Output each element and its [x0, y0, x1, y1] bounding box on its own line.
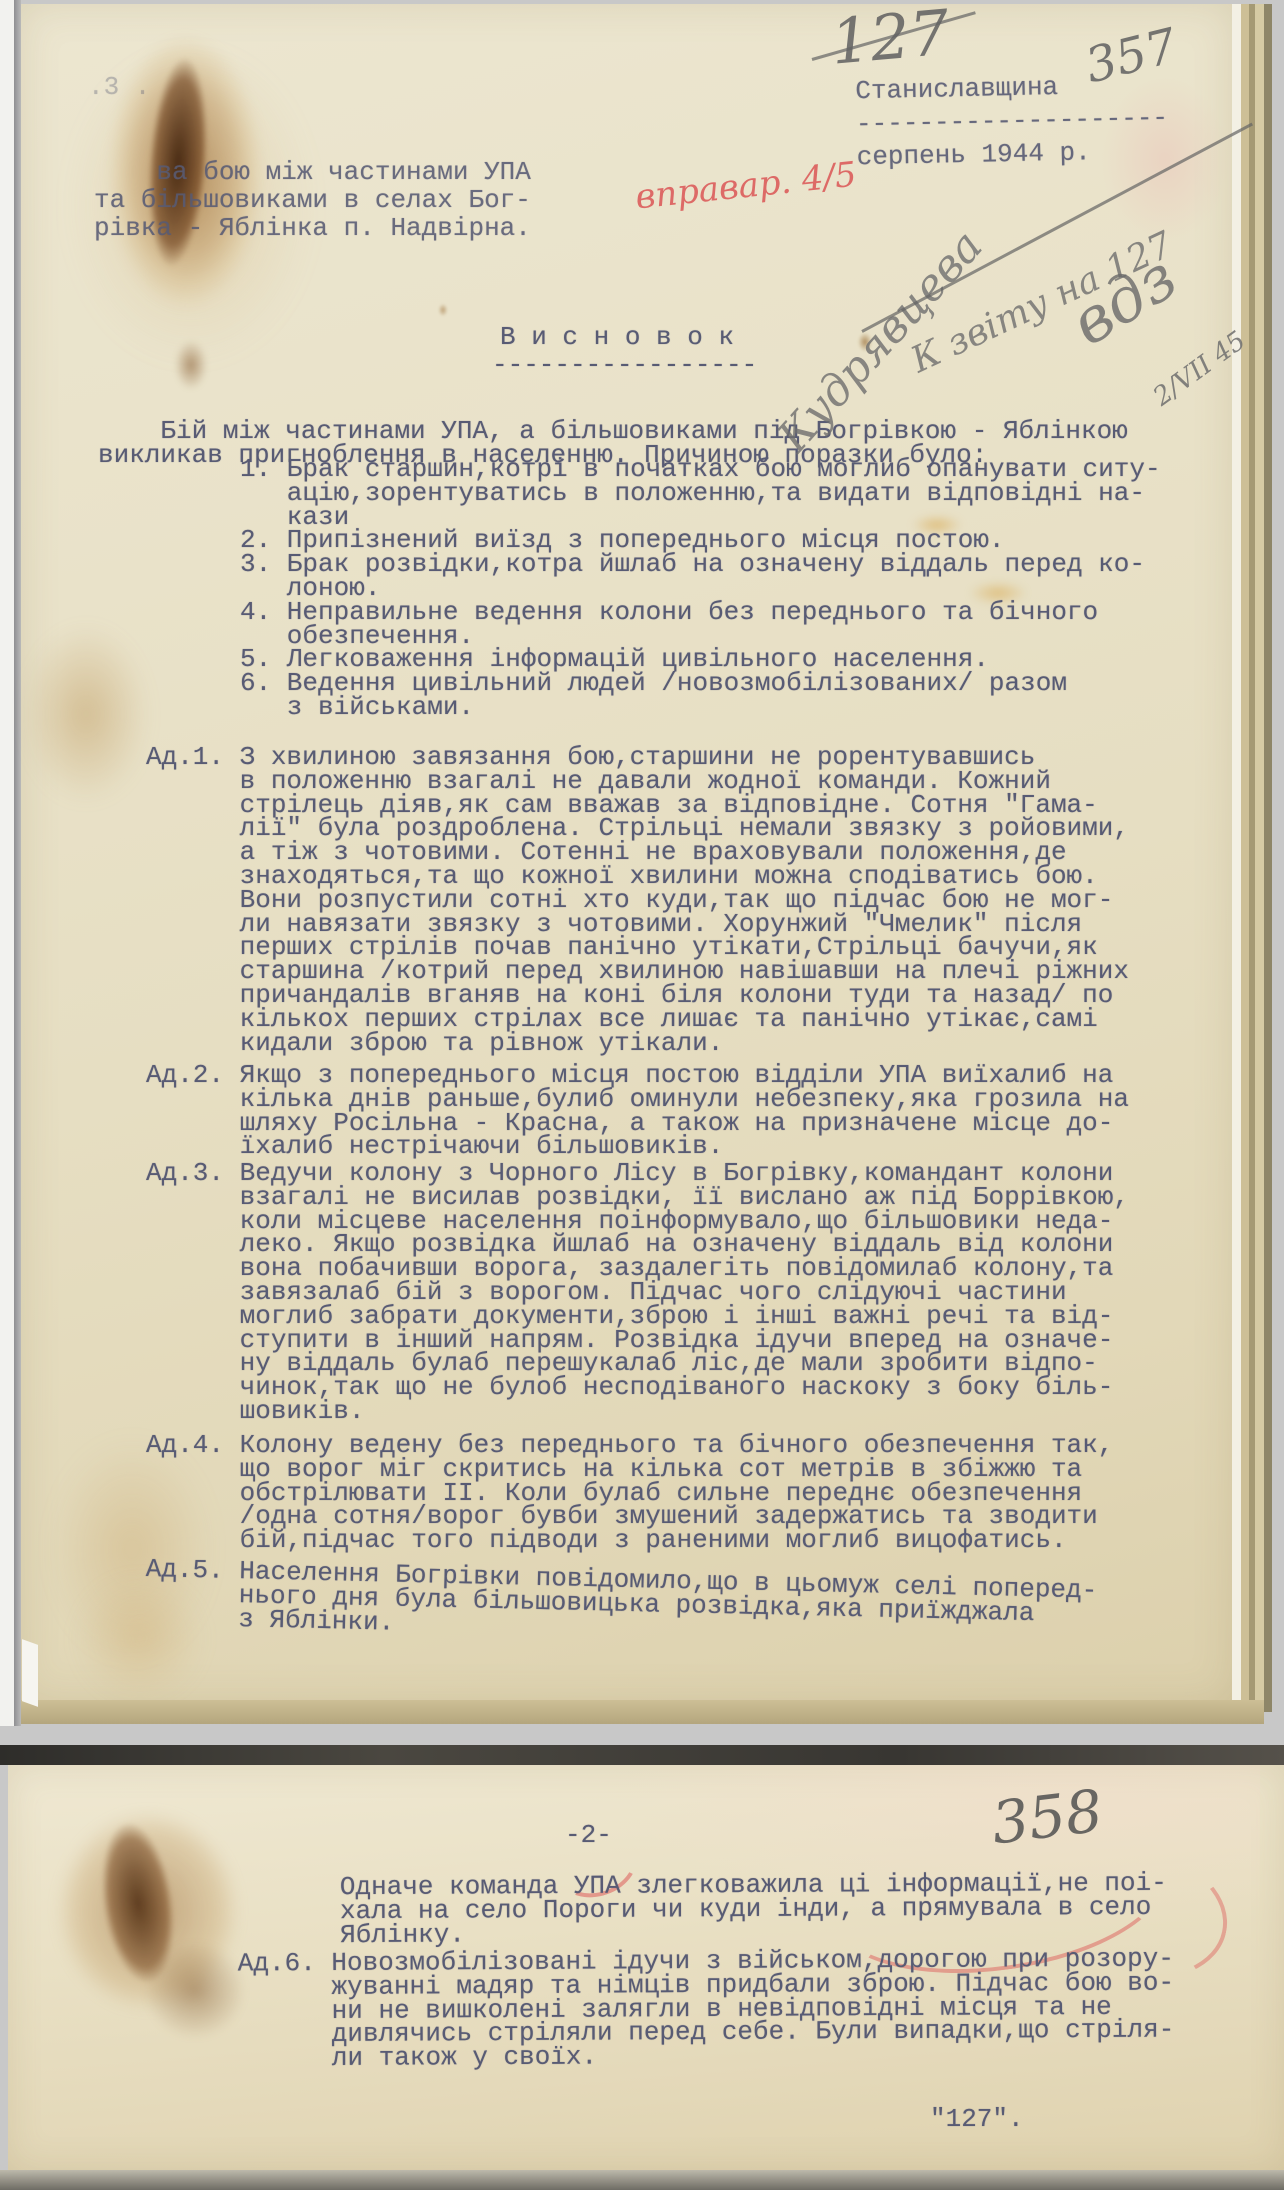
stain-droplet	[169, 332, 213, 398]
page-edge-stack	[1264, 4, 1272, 1712]
ad3-paragraph: Ад.3. Ведучи колону з Чорного Лісу в Бог…	[146, 1162, 1129, 1424]
scan-edge-white-strip	[0, 0, 14, 1726]
stain-dot	[437, 302, 449, 318]
scan-edge-line	[14, 0, 21, 1726]
ad6-paragraph: Ад.6. Новозмобілізовані ідучи з військом…	[238, 1948, 1175, 2072]
scanned-document-view: .3 . ва бою між частинами УПА та більшов…	[0, 0, 1284, 2190]
scan-separator-band	[0, 1745, 1284, 1765]
page-edge-stack	[1241, 4, 1249, 1712]
conclusion-heading-underline: -----------------	[492, 354, 757, 378]
ad2-paragraph: Ад.2. Якщо з попереднього місця постою в…	[146, 1064, 1129, 1159]
page-edge-stack	[1255, 4, 1264, 1712]
scan-bottom-band	[0, 2170, 1284, 2190]
document-title: ва бою між частинами УПА та більшовиками…	[94, 158, 531, 242]
handwritten-number-127: 127	[828, 0, 952, 79]
conclusion-heading: В и с н о в о к	[500, 326, 734, 350]
page-edge-stack	[1232, 4, 1241, 1712]
ad1-paragraph: Ад.1. З хвилиною завязання бою,старшини …	[146, 746, 1129, 1055]
page2-intro-paragraph: Одначе команда УПА злегковажила ці інфор…	[340, 1872, 1167, 1948]
reasons-list: 1. Брак старшин,котрі в початках бою мог…	[240, 458, 1161, 720]
faint-corner-mark: .3 .	[88, 76, 150, 100]
footer-number: "127".	[930, 2108, 1024, 2132]
sheet-bottom-edge	[21, 1700, 1264, 1724]
corner-sliver	[22, 1639, 38, 1707]
ad4-paragraph: Ад.4. Колону ведену без переднього та бі…	[146, 1434, 1113, 1553]
